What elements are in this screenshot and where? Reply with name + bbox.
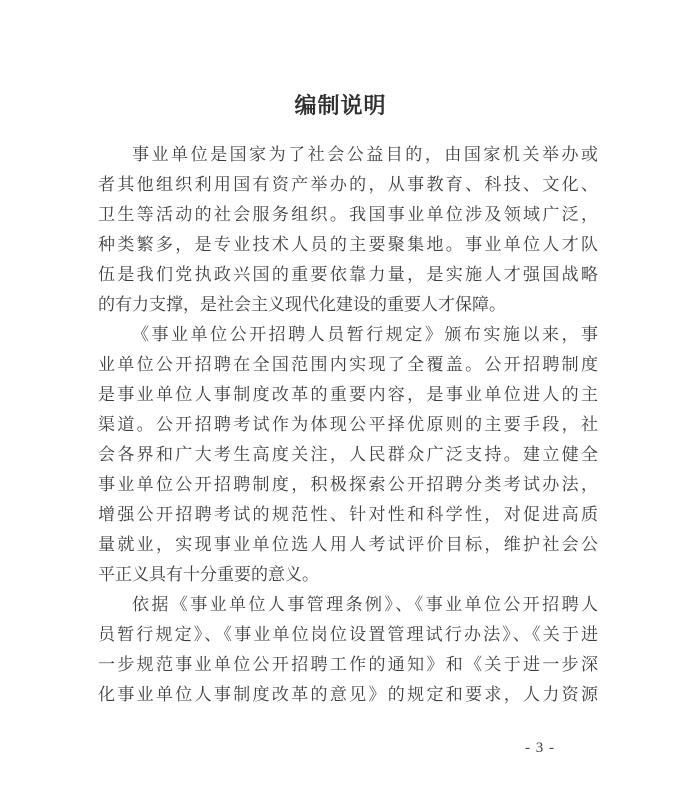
document-page: 编制说明 事业单位是国家为了社会公益目的，由国家机关举办或 者其他组织利用国有资…	[0, 0, 681, 799]
text-line: 会各界和广大考生高度关注，人民群众广泛支持。建立健全	[98, 440, 598, 470]
text-line: 量就业，实现事业单位选人用人考试评价目标，维护社会公	[98, 530, 598, 560]
text-line: 增强公开招聘考试的规范性、针对性和科学性，对促进高质	[98, 500, 598, 530]
text-line: 员暂行规定》、《事业单位岗位设置管理试行办法》、《关于进	[98, 620, 598, 650]
body-text: 事业单位是国家为了社会公益目的，由国家机关举办或 者其他组织利用国有资产举办的，…	[98, 140, 598, 710]
text-line: 事业单位是国家为了社会公益目的，由国家机关举办或	[98, 140, 598, 170]
text-line: 依据《事业单位人事管理条例》、《事业单位公开招聘人	[98, 590, 598, 620]
text-line: 《事业单位公开招聘人员暂行规定》颁布实施以来，事	[98, 320, 598, 350]
text-line: 化事业单位人事制度改革的意见》的规定和要求，人力资源	[98, 680, 598, 710]
text-line: 一步规范事业单位公开招聘工作的通知》和《关于进一步深	[98, 650, 598, 680]
text-line: 种类繁多，是专业技术人员的主要聚集地。事业单位人才队	[98, 230, 598, 260]
text-line: 者其他组织利用国有资产举办的，从事教育、科技、文化、	[98, 170, 598, 200]
text-line: 卫生等活动的社会服务组织。我国事业单位涉及领域广泛，	[98, 200, 598, 230]
text-line: 平正义具有十分重要的意义。	[98, 560, 598, 590]
text-line: 事业单位公开招聘制度，积极探索公开招聘分类考试办法，	[98, 470, 598, 500]
text-line: 伍是我们党执政兴国的重要依靠力量，是实施人才强国战略	[98, 260, 598, 290]
text-line: 的有力支撑，是社会主义现代化建设的重要人才保障。	[98, 290, 598, 320]
page-number: - 3 -	[506, 740, 574, 757]
page-title: 编制说明	[0, 89, 681, 120]
text-line: 业单位公开招聘在全国范围内实现了全覆盖。公开招聘制度	[98, 350, 598, 380]
text-line: 是事业单位人事制度改革的重要内容，是事业单位进人的主	[98, 380, 598, 410]
text-line: 渠道。公开招聘考试作为体现公平择优原则的主要手段，社	[98, 410, 598, 440]
